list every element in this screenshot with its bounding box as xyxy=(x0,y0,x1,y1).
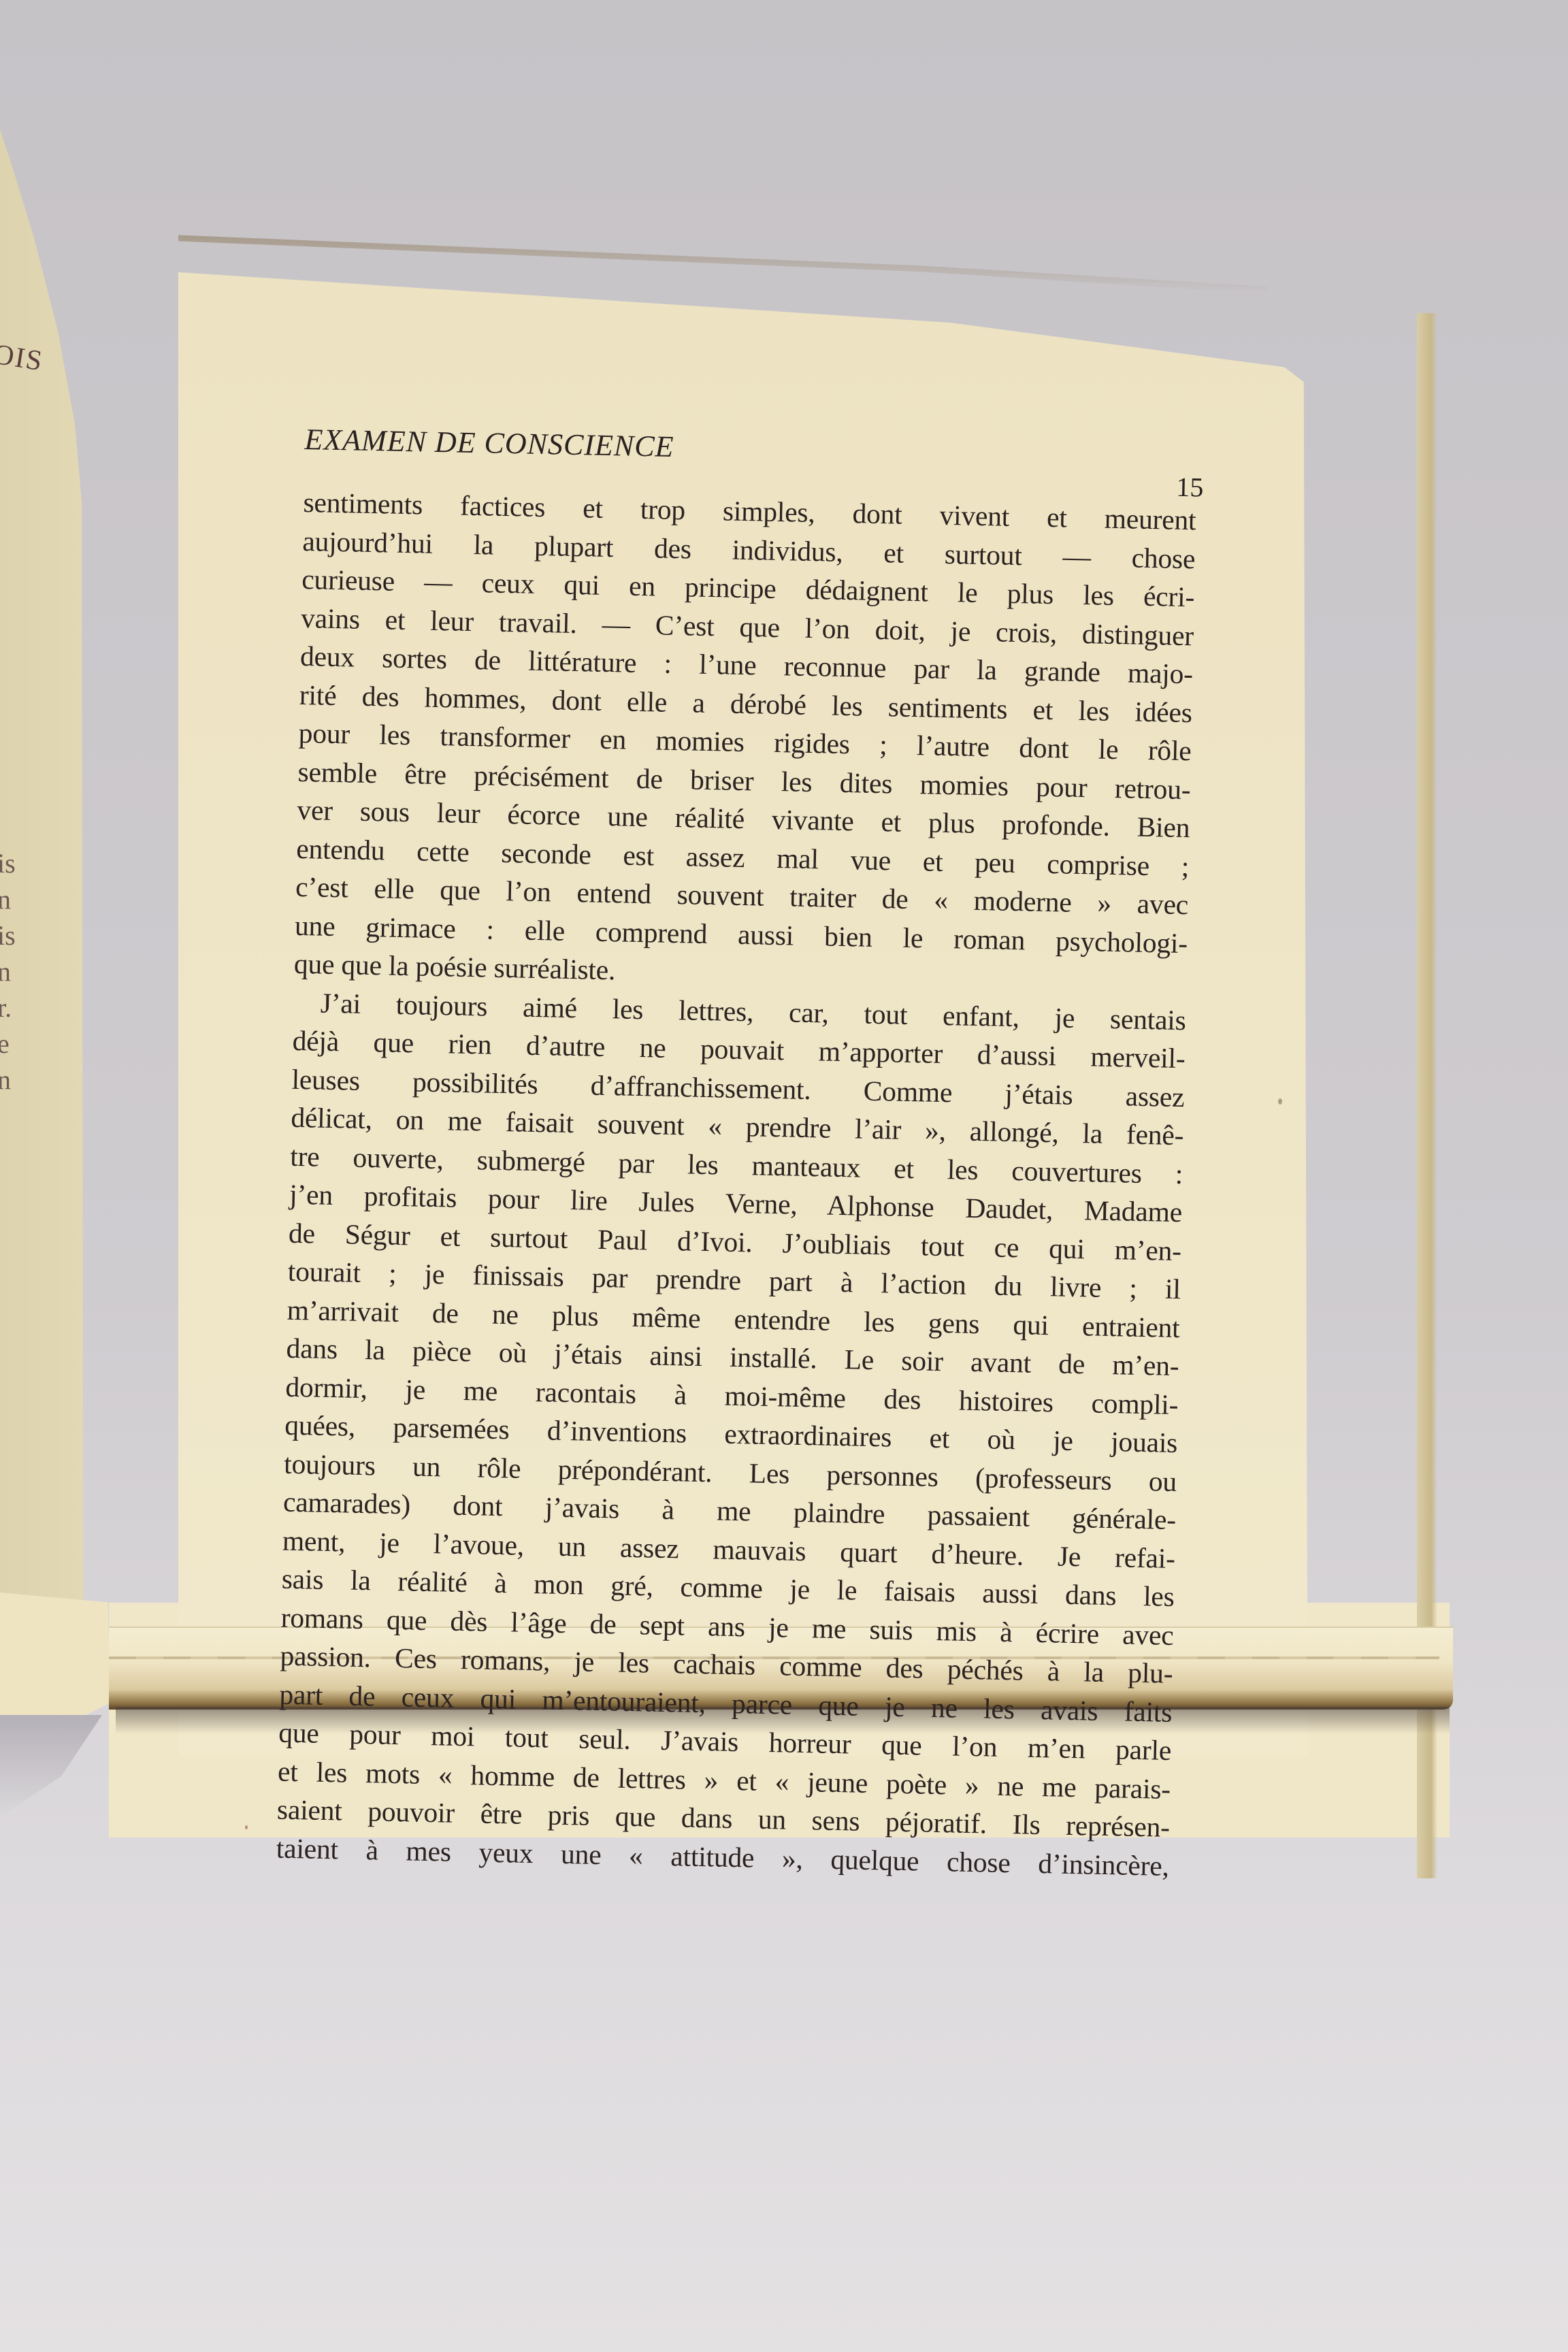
paragraph-1: sentiments factices et trop simples, don… xyxy=(293,483,1196,1001)
left-page-bottom-corner xyxy=(0,1592,122,1715)
page-text-block: EXAMEN DE CONSCIENCE 15 sentiments facti… xyxy=(276,422,1197,1885)
left-line-fragment: n xyxy=(0,883,24,919)
left-line-fragment: n xyxy=(0,1064,24,1100)
page-number: 15 xyxy=(1176,471,1204,504)
left-page-shadow xyxy=(0,1715,102,1817)
left-line-fragment: is xyxy=(0,847,24,883)
left-line-fragment: e xyxy=(0,1028,24,1064)
paper-spot xyxy=(1278,1098,1282,1105)
paragraph-2: J’ai toujours aimé les lettres, car, tou… xyxy=(276,983,1186,1885)
page-top-deckle-edge xyxy=(178,231,1417,293)
paper-spot xyxy=(245,1825,248,1829)
running-head-title: EXAMEN DE CONSCIENCE xyxy=(304,422,674,464)
left-line-fragment: is xyxy=(0,919,24,955)
left-page-running-head-fragment: OIS xyxy=(0,340,46,376)
left-page-line-fragments: is n is n r. e n xyxy=(0,847,24,1100)
body-text: sentiments factices et trop simples, don… xyxy=(276,483,1196,1885)
left-line-fragment: n xyxy=(0,955,24,992)
left-line-fragment: r. xyxy=(0,992,24,1028)
